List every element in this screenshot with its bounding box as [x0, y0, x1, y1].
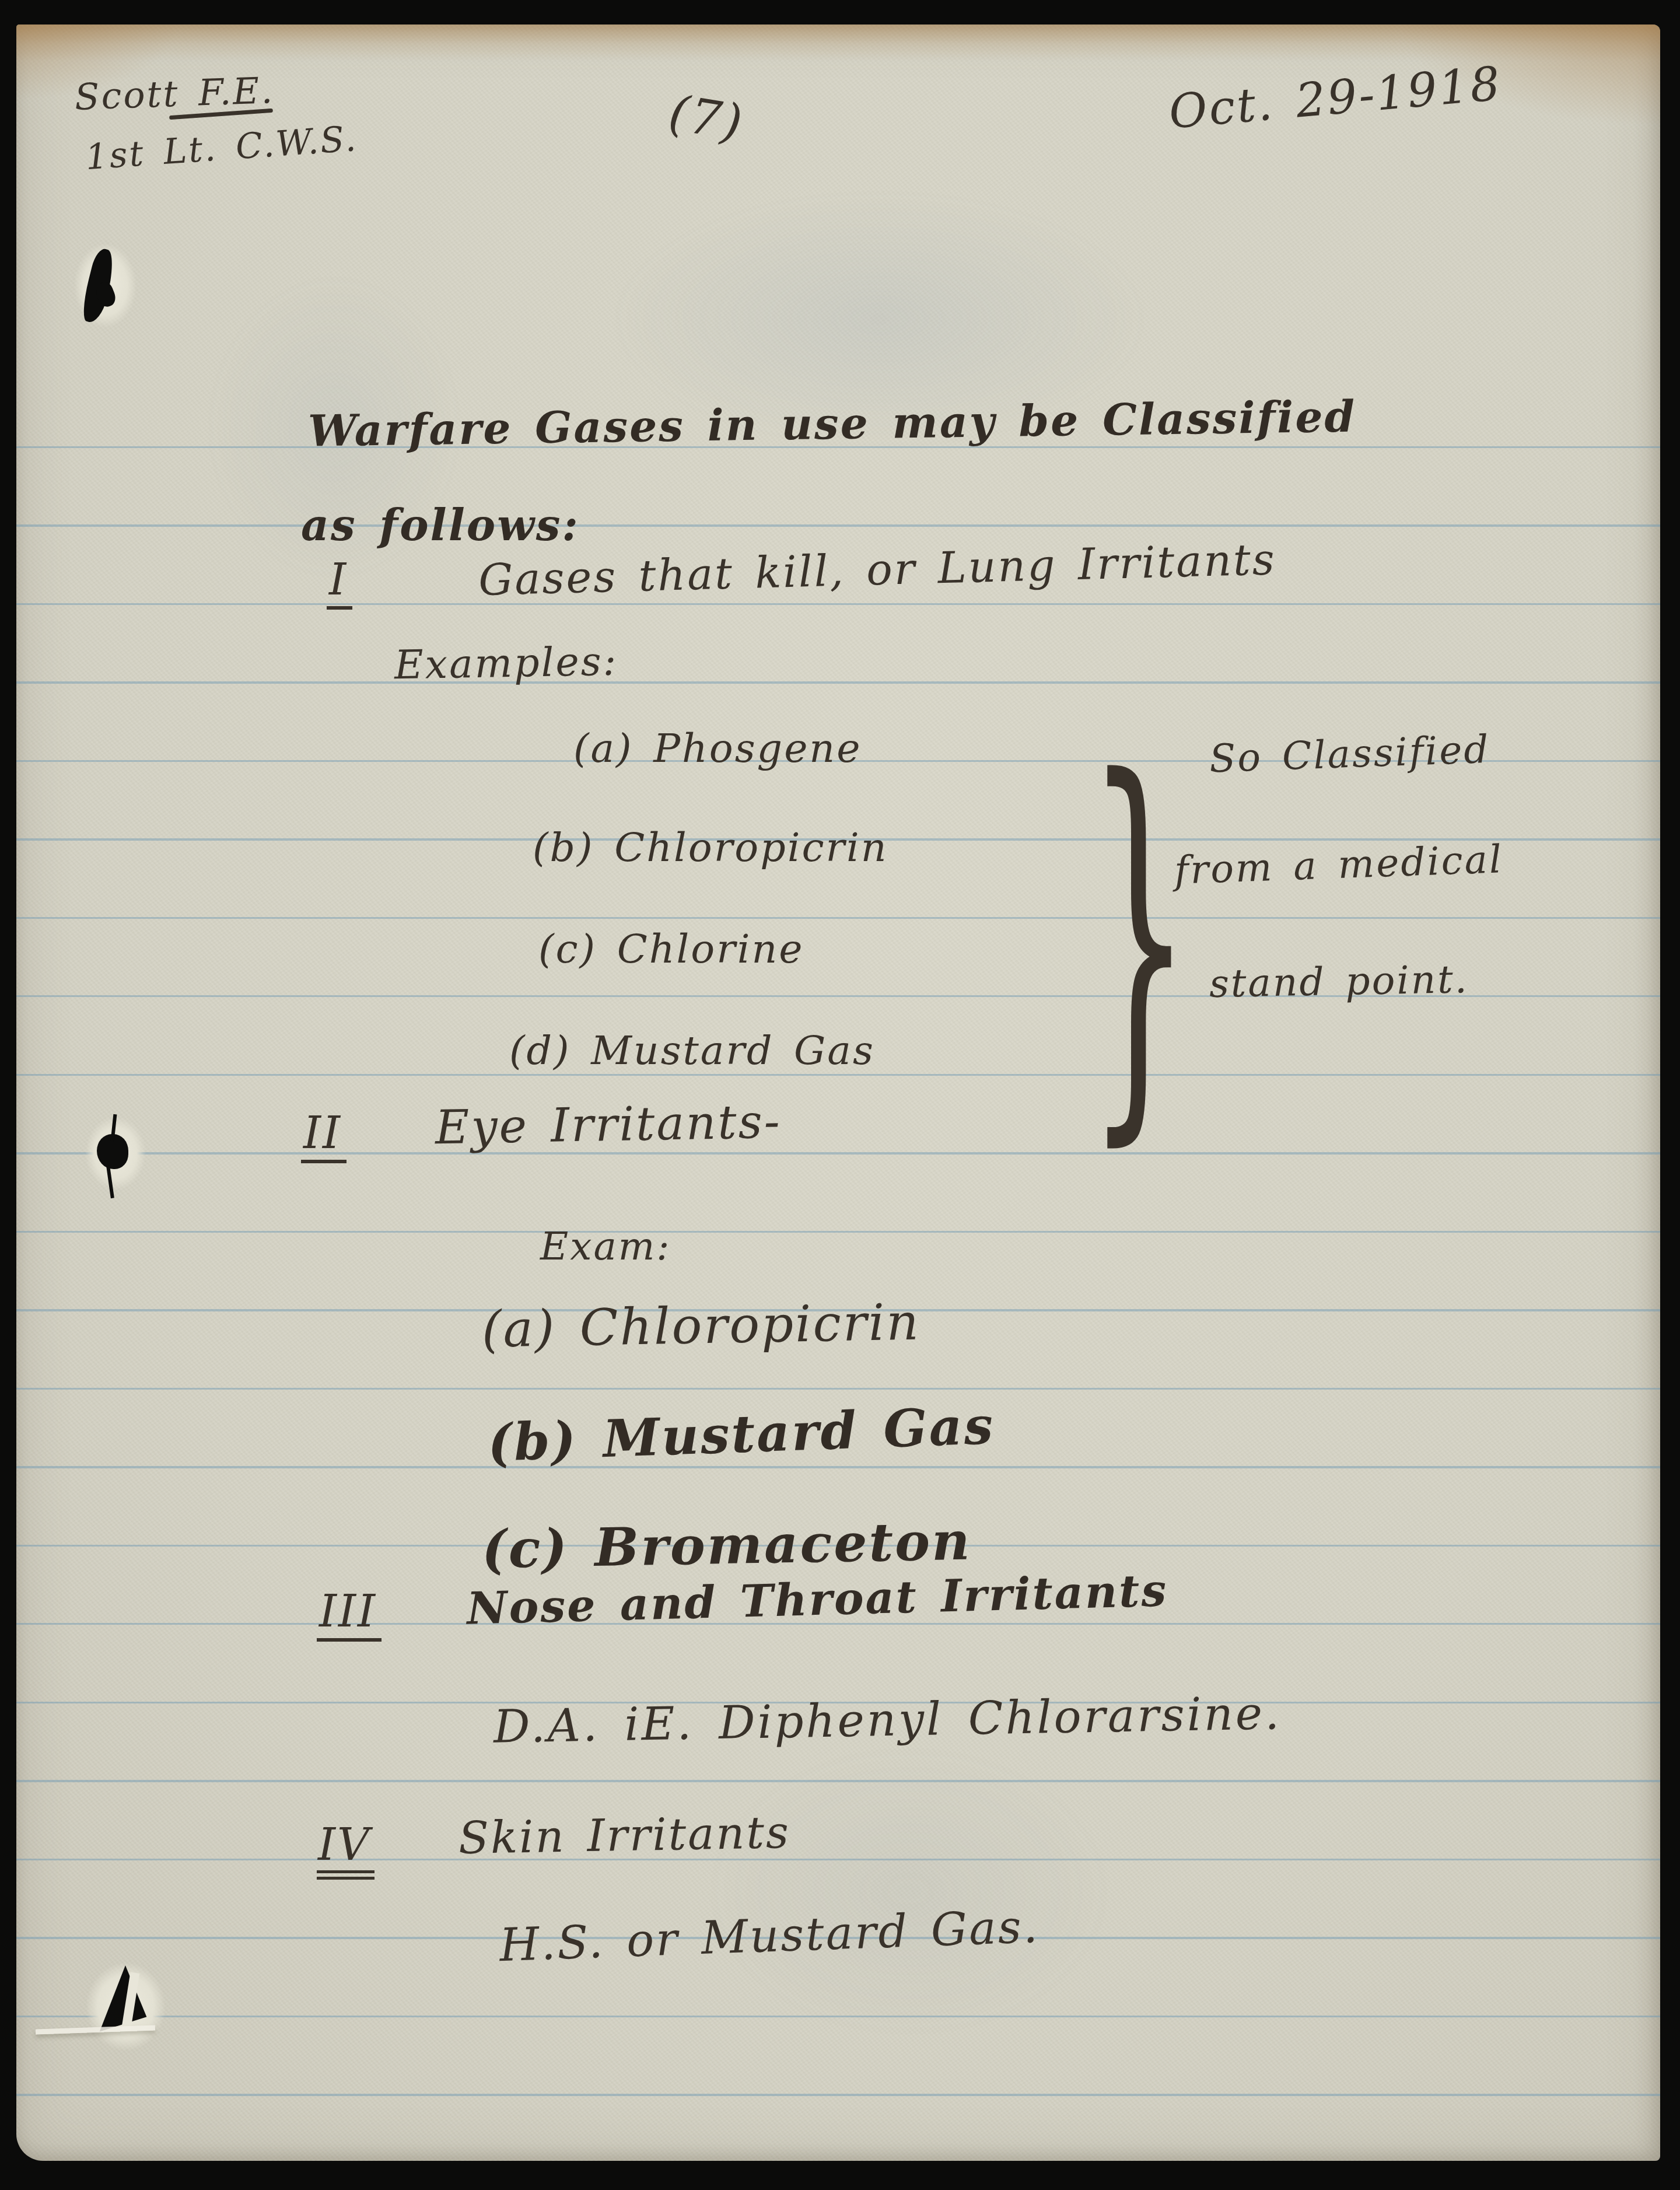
- page-number: (7): [666, 88, 747, 148]
- section-2-examples-label: Exam:: [540, 1227, 671, 1266]
- punch-hole-bottom: [72, 1947, 180, 2066]
- author-rank: 1st Lt. C.W.S.: [84, 121, 358, 175]
- section-2-item-c: (c) Bromaceton: [481, 1515, 972, 1576]
- section-1-examples-label: Examples:: [394, 642, 618, 686]
- punch-hole-top: [63, 229, 148, 342]
- section-1-item-b: (b) Chloropicrin: [533, 828, 888, 868]
- side-note-line-1: So Classified: [1209, 730, 1491, 779]
- section-2-title: Eye Irritants-: [435, 1099, 782, 1151]
- section-3-numeral: III: [317, 1589, 381, 1642]
- section-1-item-a: (a) Phosgene: [573, 729, 862, 769]
- intro-line-1: Warfare Gases in use may be Classified: [308, 395, 1357, 453]
- ink-bleed-smudge: [705, 1745, 1113, 2037]
- side-note-line-2: from a medical: [1174, 840, 1504, 890]
- paper-sheet: Scott F.E. 1st Lt. C.W.S. (7) Oct. 29-19…: [16, 25, 1660, 2161]
- grouping-brace-icon: }: [1087, 732, 1193, 1147]
- scanned-document: Scott F.E. 1st Lt. C.W.S. (7) Oct. 29-19…: [0, 0, 1680, 2190]
- section-1-item-d: (d) Mustard Gas: [509, 1031, 875, 1071]
- page-date: Oct. 29-1918: [1167, 60, 1504, 136]
- section-1-numeral: I: [327, 558, 352, 610]
- section-2-numeral: II: [301, 1111, 346, 1163]
- punch-hole-middle: [75, 1104, 156, 1203]
- author-name: Scott F.E.: [74, 72, 275, 116]
- section-2-item-a: (a) Chloropicrin: [481, 1297, 921, 1355]
- intro-line-2: as follows:: [301, 504, 580, 547]
- section-4-title: Skin Irritants: [458, 1810, 790, 1860]
- side-note-line-3: stand point.: [1209, 960, 1469, 1003]
- section-3-detail: D.A. iE. Diphenyl Chlorarsine.: [493, 1691, 1282, 1750]
- section-4-numeral: IV: [317, 1822, 374, 1880]
- section-1-item-c: (c) Chlorine: [538, 930, 804, 970]
